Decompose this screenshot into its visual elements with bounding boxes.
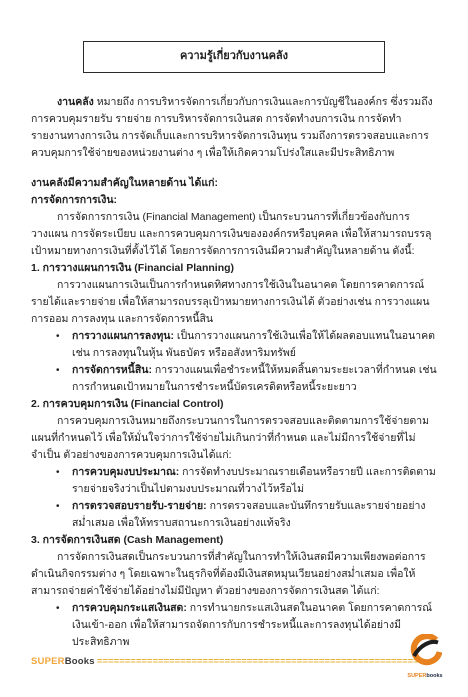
document-content: ความรู้เกี่ยวกับงานคลัง งานคลัง หมายถึง …: [31, 41, 437, 651]
list-item: •การตรวจสอบรายรับ-รายจ่าย: การตรวจสอบและ…: [31, 498, 437, 532]
bullet-term: การควบคุมกระแสเงินสด:: [72, 602, 187, 614]
section-3-paragraph: การจัดการเงินสดเป็นกระบวนการที่สำคัญในกา…: [31, 549, 437, 600]
section-1-bullet-list: •การวางแผนการลงทุน: เป็นการวางแผนการใช้เ…: [31, 328, 437, 396]
intro-lead: งานคลัง: [57, 96, 94, 108]
bullet-term: การตรวจสอบรายรับ-รายจ่าย:: [72, 500, 207, 512]
superbooks-logo: SUPERbooks: [402, 634, 448, 679]
page-footer: SUPERBooks =============================…: [31, 635, 448, 685]
page-title-text: ความรู้เกี่ยวกับงานคลัง: [180, 50, 288, 62]
section-2-heading: 2. การควบคุมการเงิน (Financial Control): [31, 396, 437, 413]
section-2-bullet-list: •การควบคุมงบประมาณ: การจัดทำงบประมาณรายเ…: [31, 464, 437, 532]
footer-brand-super: SUPER: [31, 656, 65, 667]
importance-heading: งานคลังมีความสำคัญในหลายด้าน ได้แก่:: [31, 175, 437, 192]
section-1-heading: 1. การวางแผนการเงิน (Financial Planning): [31, 260, 437, 277]
bullet-icon: •: [56, 498, 60, 515]
footer-divider: ========================================…: [97, 656, 420, 667]
financial-management-paragraph: การจัดการการเงิน (Financial Management) …: [31, 209, 437, 260]
bullet-icon: •: [56, 362, 60, 379]
logo-text-books: books: [426, 673, 442, 679]
footer-brand: SUPERBooks: [31, 656, 95, 667]
financial-management-subheading: การจัดการการเงิน:: [31, 192, 437, 209]
intro-paragraph: งานคลัง หมายถึง การบริหารจัดการเกี่ยวกับ…: [31, 94, 437, 162]
bullet-term: การจัดการหนี้สิน:: [72, 364, 152, 376]
list-item: •การวางแผนการลงทุน: เป็นการวางแผนการใช้เ…: [31, 328, 437, 362]
bullet-icon: •: [56, 328, 60, 345]
list-item: •การควบคุมงบประมาณ: การจัดทำงบประมาณรายเ…: [31, 464, 437, 498]
superbooks-logo-text: SUPERbooks: [402, 673, 448, 679]
superbooks-swoosh-icon: [408, 655, 442, 672]
footer-brand-books: Books: [65, 656, 95, 667]
page-title: ความรู้เกี่ยวกับงานคลัง: [83, 41, 385, 73]
bullet-term: การวางแผนการลงทุน:: [72, 330, 174, 342]
section-2-paragraph: การควบคุมการเงินหมายถึงกระบวนการในการตรว…: [31, 413, 437, 464]
section-1-paragraph: การวางแผนการเงินเป็นการกำหนดทิศทางการใช้…: [31, 277, 437, 328]
bullet-icon: •: [56, 600, 60, 617]
bullet-term: การควบคุมงบประมาณ:: [72, 466, 179, 478]
document-page: ความรู้เกี่ยวกับงานคลัง งานคลัง หมายถึง …: [0, 0, 468, 697]
list-item: •การจัดการหนี้สิน: การวางแผนเพื่อชำระหนี…: [31, 362, 437, 396]
section-3-heading: 3. การจัดการเงินสด (Cash Management): [31, 532, 437, 549]
logo-text-super: SUPER: [407, 673, 426, 679]
bullet-icon: •: [56, 464, 60, 481]
